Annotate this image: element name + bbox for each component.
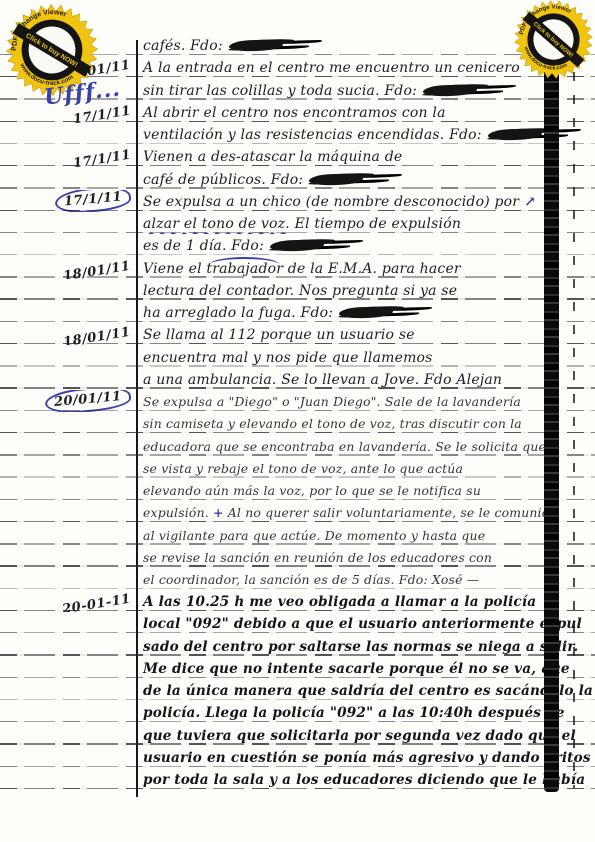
text-segment: por toda la sala y a los educadores dici…	[143, 772, 585, 788]
text-segment: ha arreglado la fuga. Fdo:	[143, 305, 333, 321]
entry-text: es de 1 día. Fdo:	[136, 236, 595, 256]
log-row: lectura del contador. Nos pregunta si ya…	[0, 279, 595, 301]
entry-text: Al abrir el centro nos encontramos con l…	[136, 103, 595, 123]
log-entries: cafés. Fdo:16/01/11A la entrada en el ce…	[0, 0, 595, 842]
text-segment: ventilación y las resistencias encendida…	[143, 127, 482, 143]
text-segment: se vista y rebaje el tono de voz, ante l…	[143, 461, 463, 476]
pdf-xchange-stamp-icon: PDF-XChange Viewerwww.docu-track.comClic…	[511, 0, 595, 82]
text-segment: sin camiseta y elevando el tono de voz, …	[143, 416, 522, 431]
text-segment: Al no querer salir voluntariamente, se l…	[224, 505, 557, 520]
entry-date: 17/1/11	[72, 103, 132, 122]
entry-date-circled: 20/01/11	[44, 390, 132, 412]
entry-date-cell: 17/1/11	[0, 148, 136, 167]
entry-text: Viene el trabajador de la E.M.A. para ha…	[136, 259, 595, 279]
entry-text: el coordinador, la sanción es de 5 días.…	[136, 570, 595, 590]
entry-text: ha arreglado la fuga. Fdo:	[136, 303, 595, 323]
text-segment: expulsión.	[143, 505, 213, 520]
text-segment: café de públicos. Fdo:	[143, 172, 303, 188]
entry-text: usuario en cuestión se ponía más agresiv…	[136, 748, 595, 768]
log-row: 17/1/11Vienen a des-atascar la máquina d…	[0, 145, 595, 167]
entry-date: 17/1/11	[72, 148, 132, 167]
text-segment: Vienen a des-atascar la máquina de	[143, 149, 402, 165]
text-segment: elevando aún más la voz, por lo que se l…	[143, 483, 481, 498]
log-row: elevando aún más la voz, por lo que se l…	[0, 479, 595, 501]
text-segment: Viene el	[143, 261, 206, 277]
text-segment: policía. Llega la policía "092" a las 10…	[143, 705, 565, 721]
text-segment-wavy-annotation: alzar el tono de voz.	[143, 216, 290, 232]
entry-date: 18/01/11	[62, 325, 131, 345]
redacted-signature	[488, 128, 542, 141]
log-row: 18/01/11Viene el trabajador de la E.M.A.…	[0, 256, 595, 278]
entry-text: sado del centro por saltarse las normas …	[136, 637, 595, 657]
log-row: local "092" debido a que el usuario ante…	[0, 612, 595, 634]
entry-text: al vigilante para que actúe. De momento …	[136, 526, 595, 546]
entry-date-cell: 17/1/11	[0, 190, 136, 212]
entry-text: Vienen a des-atascar la máquina de	[136, 147, 595, 167]
text-segment: sin tirar las colillas y toda sucia. Fdo…	[143, 83, 417, 99]
log-row: se revise la sanción en reunión de los e…	[0, 546, 595, 568]
entry-text: sin tirar las colillas y toda sucia. Fdo…	[136, 81, 595, 101]
entry-text: Se llama al 112 porque un usuario se	[136, 325, 595, 345]
entry-text: sin camiseta y elevando el tono de voz, …	[136, 414, 595, 434]
text-segment-blue-annotation: ↗	[519, 194, 536, 210]
log-row: expulsión. + Al no querer salir voluntar…	[0, 501, 595, 523]
entry-text: encuentra mal y nos pide que llamemos	[136, 348, 595, 368]
scan-artifact-band	[544, 66, 559, 792]
text-segment: Se expulsa a un chico (de nombre descono…	[143, 194, 519, 210]
text-segment: Al abrir el centro nos encontramos con l…	[143, 105, 446, 121]
log-row: Me dice que no intente sacarle porque él…	[0, 657, 595, 679]
text-segment: de la E.M.A. para hacer	[283, 261, 461, 277]
text-segment: sado del centro por saltarse las normas …	[143, 639, 578, 655]
entry-text: local "092" debido a que el usuario ante…	[136, 614, 595, 634]
text-segment: el coordinador, la sanción es de 5 días.…	[143, 572, 479, 587]
text-segment: es de 1 día. Fdo:	[143, 238, 264, 254]
text-segment-caret-annotation: trabajador	[206, 261, 283, 277]
entry-text: alzar el tono de voz. El tiempo de expul…	[136, 214, 595, 234]
log-row: café de públicos. Fdo:	[0, 167, 595, 189]
log-row: es de 1 día. Fdo:	[0, 234, 595, 256]
entry-text: se revise la sanción en reunión de los e…	[136, 548, 595, 568]
entry-date-cell: 18/01/11	[0, 326, 136, 345]
log-row: 20/01/11Se expulsa a "Diego" o "Juan Die…	[0, 390, 595, 412]
log-row: se vista y rebaje el tono de voz, ante l…	[0, 457, 595, 479]
text-segment: de la única manera que saldría del centr…	[143, 683, 593, 699]
entry-date-cell: 18/01/11	[0, 260, 136, 279]
text-segment: al vigilante para que actúe. De momento …	[143, 528, 485, 543]
entry-text: de la única manera que saldría del centr…	[136, 681, 595, 701]
entry-text: Se expulsa a un chico (de nombre descono…	[136, 192, 595, 212]
text-segment: El tiempo de expulsión	[290, 216, 461, 232]
log-row: alzar el tono de voz. El tiempo de expul…	[0, 212, 595, 234]
scan-artifact-line	[573, 72, 575, 788]
redacted-signature	[423, 84, 477, 97]
text-segment: Se llama al 112 porque un usuario se	[143, 327, 415, 343]
log-row: ventilación y las resistencias encendida…	[0, 123, 595, 145]
text-segment: usuario en cuestión se ponía más agresiv…	[143, 750, 591, 766]
log-row: 17/1/11Se expulsa a un chico (de nombre …	[0, 190, 595, 212]
redacted-signature	[229, 39, 283, 52]
log-row: al vigilante para que actúe. De momento …	[0, 523, 595, 545]
log-row: sin camiseta y elevando el tono de voz, …	[0, 412, 595, 434]
text-segment: Me dice que no intente sacarle porque él…	[143, 661, 570, 677]
text-segment: lectura del contador. Nos pregunta si ya…	[143, 283, 457, 299]
log-row: de la única manera que saldría del centr…	[0, 679, 595, 701]
entry-text: a una ambulancia. Se lo llevan a Jove. F…	[136, 370, 595, 390]
entry-text: elevando aún más la voz, por lo que se l…	[136, 481, 595, 501]
text-segment: que tuviera que solicitarla por segunda …	[143, 728, 576, 744]
text-segment: A la entrada en el centro me encuentro u…	[143, 60, 520, 76]
text-segment: local "092" debido a que el usuario ante…	[143, 616, 582, 632]
log-row: que tuviera que solicitarla por segunda …	[0, 723, 595, 745]
log-row: 18/01/11Se llama al 112 porque un usuari…	[0, 323, 595, 345]
text-segment: encuentra mal y nos pide que llamemos	[143, 350, 433, 366]
text-segment: a una ambulancia. Se lo llevan a Jove. F…	[143, 372, 502, 388]
text-segment: cafés. Fdo:	[143, 38, 223, 54]
entry-text: que tuviera que solicitarla por segunda …	[136, 726, 595, 746]
entry-text: expulsión. + Al no querer salir voluntar…	[136, 503, 595, 523]
log-row: 20-01-11A las 10.25 h me veo obligada a …	[0, 590, 595, 612]
entry-date-cell: 20-01-11	[0, 593, 136, 612]
log-row: policía. Llega la policía "092" a las 10…	[0, 701, 595, 723]
text-segment: Se expulsa a "Diego" o "Juan Diego". Sal…	[143, 394, 521, 409]
log-row: ha arreglado la fuga. Fdo:	[0, 301, 595, 323]
entry-date-cell: 20/01/11	[0, 390, 136, 412]
entry-text: Se expulsa a "Diego" o "Juan Diego". Sal…	[136, 392, 595, 412]
log-row: usuario en cuestión se ponía más agresiv…	[0, 746, 595, 768]
entry-text: policía. Llega la policía "092" a las 10…	[136, 703, 595, 723]
redacted-signature	[339, 306, 393, 319]
redacted-signature	[309, 173, 363, 186]
entry-text: café de públicos. Fdo:	[136, 170, 595, 190]
log-row: por toda la sala y a los educadores dici…	[0, 768, 595, 790]
entry-text: se vista y rebaje el tono de voz, ante l…	[136, 459, 595, 479]
redacted-signature	[270, 239, 324, 252]
log-row: sado del centro por saltarse las normas …	[0, 634, 595, 656]
log-row: educadora que se encontraba en lavanderí…	[0, 434, 595, 456]
scanned-logbook-page: cafés. Fdo:16/01/11A la entrada en el ce…	[0, 0, 595, 842]
text-segment: educadora que se encontraba en lavanderí…	[143, 439, 546, 454]
entry-date-circled: 17/1/11	[54, 190, 132, 212]
entry-text: Me dice que no intente sacarle porque él…	[136, 659, 595, 679]
log-row: a una ambulancia. Se lo llevan a Jove. F…	[0, 368, 595, 390]
text-segment-blue-annotation: +	[213, 505, 224, 520]
text-segment: se revise la sanción en reunión de los e…	[143, 550, 492, 565]
entry-text: lectura del contador. Nos pregunta si ya…	[136, 281, 595, 301]
entry-text: A las 10.25 h me veo obligada a llamar a…	[136, 592, 595, 612]
text-segment: A las 10.25 h me veo obligada a llamar a…	[143, 594, 536, 610]
entry-text: educadora que se encontraba en lavanderí…	[136, 437, 595, 457]
log-row: el coordinador, la sanción es de 5 días.…	[0, 568, 595, 590]
entry-text: por toda la sala y a los educadores dici…	[136, 770, 595, 790]
entry-text: ventilación y las resistencias encendida…	[136, 125, 595, 145]
log-row: encuentra mal y nos pide que llamemos	[0, 345, 595, 367]
entry-date: 20-01-11	[61, 592, 132, 612]
entry-date: 18/01/11	[62, 258, 131, 278]
